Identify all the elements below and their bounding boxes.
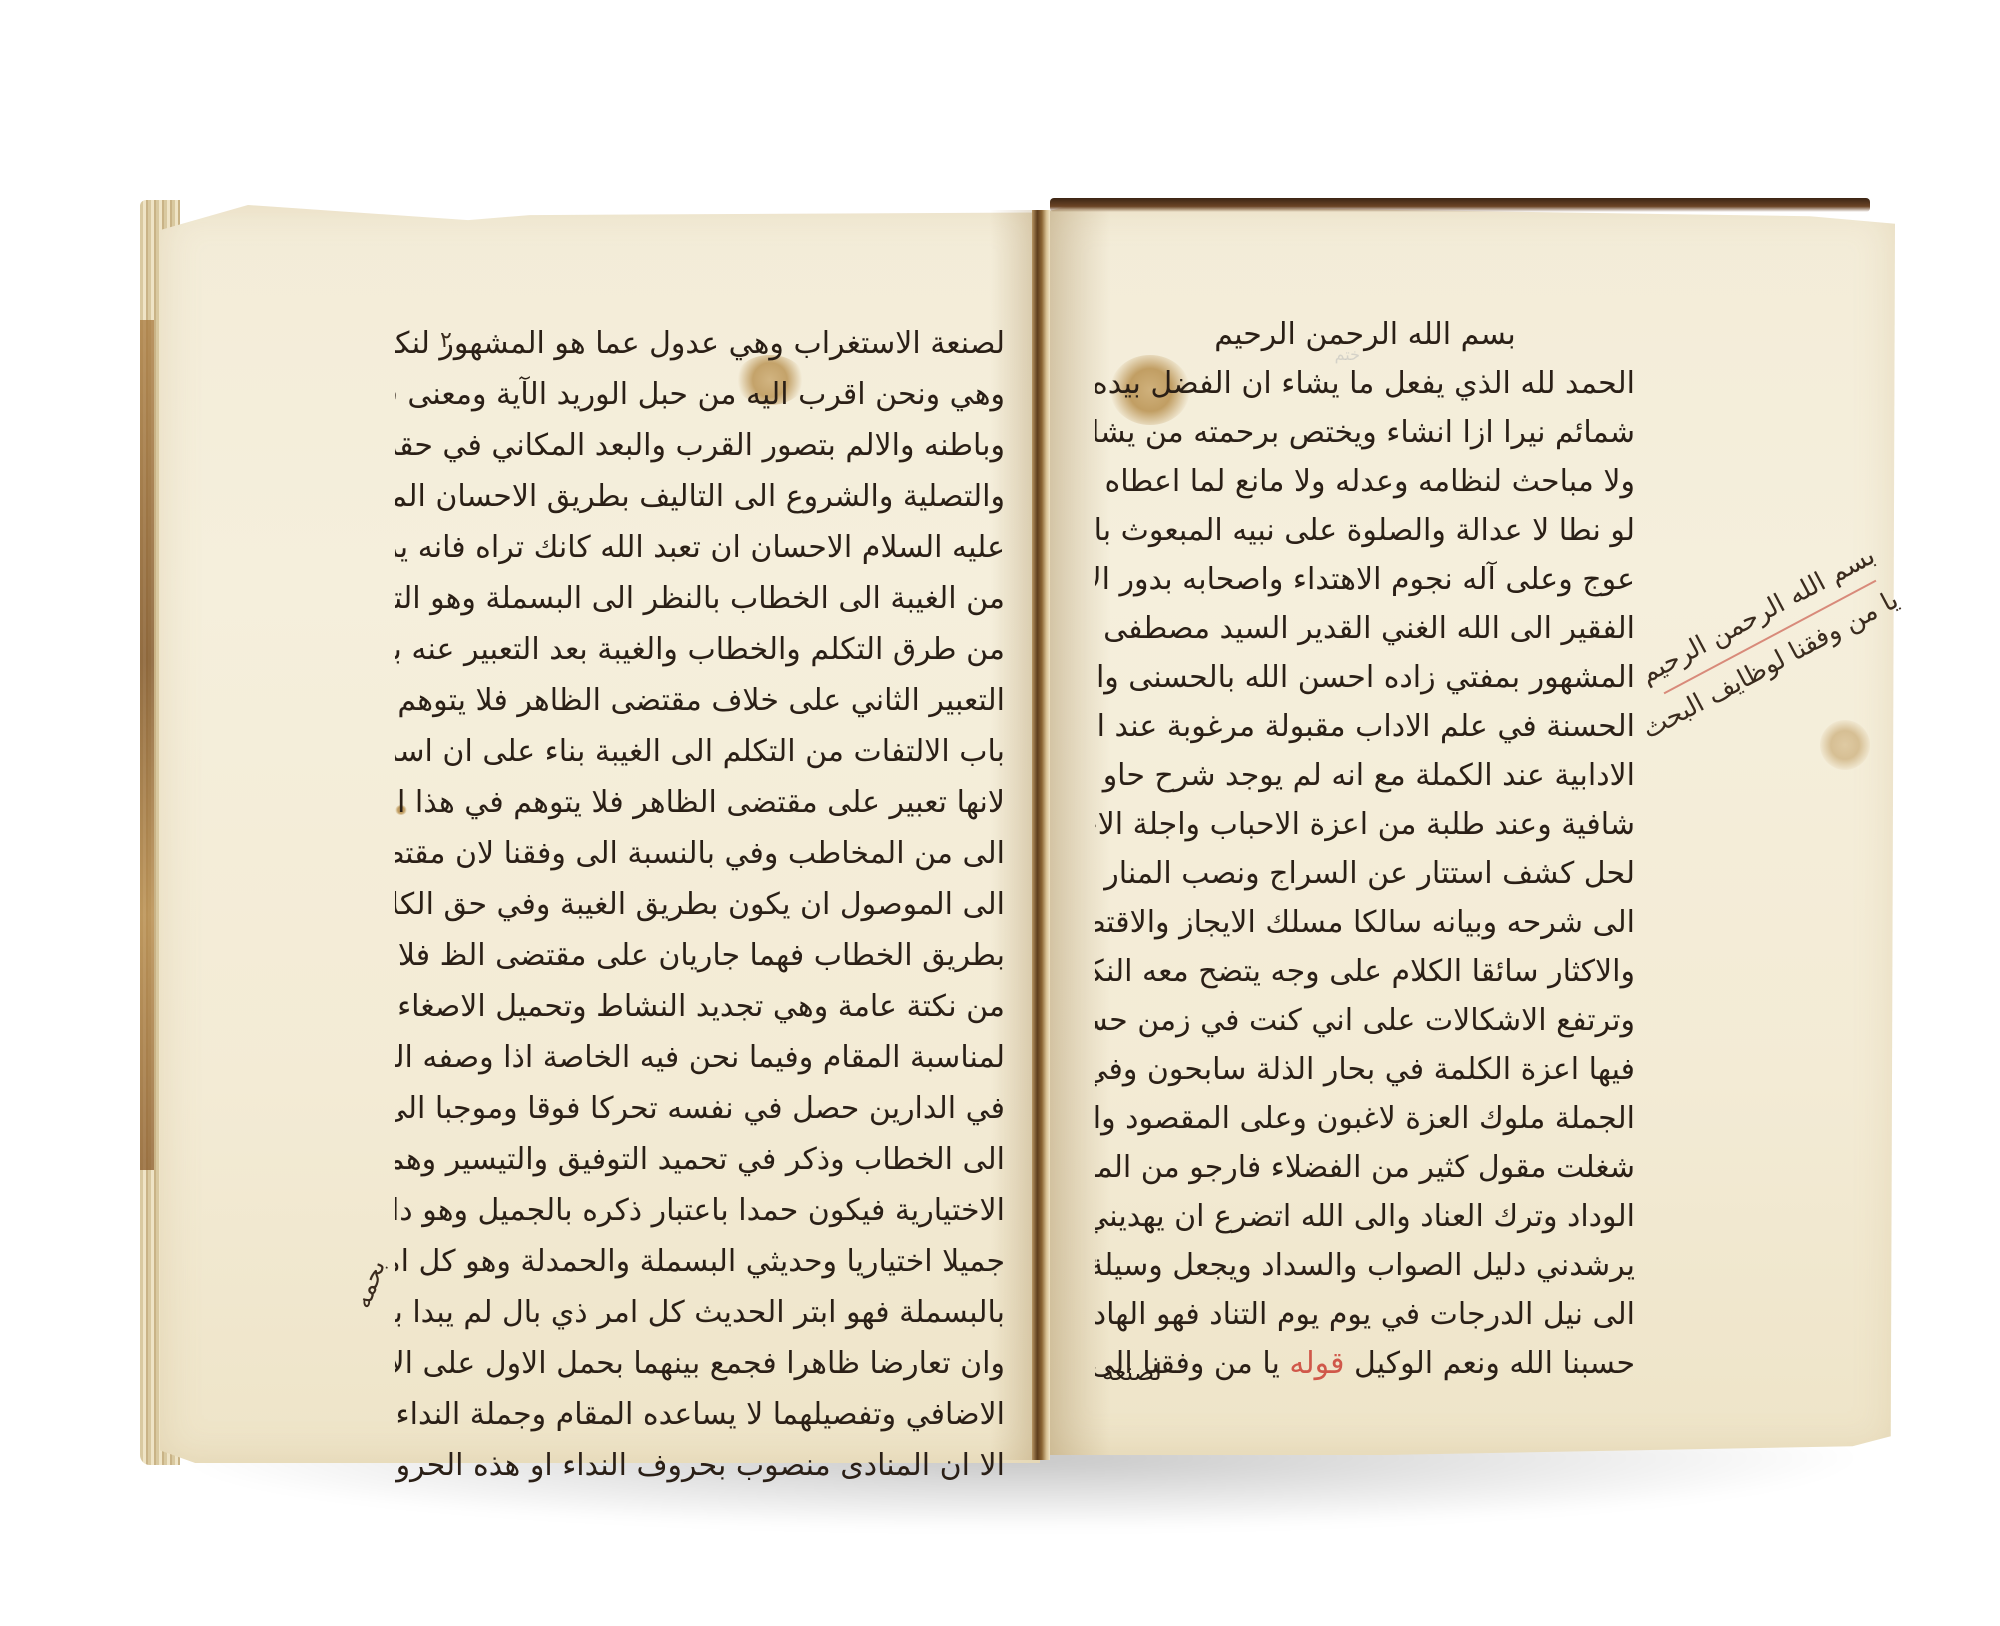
text-line: يرشدني دليل الصواب والسداد ويجعل وسيلة ف… bbox=[1095, 1241, 1635, 1290]
text-line: الى من المخاطب وفي بالنسبة الى وفقنا لان… bbox=[395, 828, 1005, 879]
text-line: شمائم نيرا ازا انشاء ويختص برحمته من يشا… bbox=[1095, 408, 1635, 457]
text-line: في الدارين حصل في نفسه تحركا فوقا وموجبا… bbox=[395, 1083, 1005, 1134]
text-line: شغلت مقول كثير من الفضلاء فارجو من المنا… bbox=[1095, 1143, 1635, 1192]
text-line: الاضافي وتفصيلهما لا يساعده المقام وجملة… bbox=[395, 1389, 1005, 1440]
text-line: التعبير الثاني على خلاف مقتضى الظاهر فلا… bbox=[395, 675, 1005, 726]
leather-cover-edge bbox=[140, 320, 154, 1170]
spine-gutter bbox=[1032, 210, 1050, 1460]
manuscript-photo: ٢ لصنعة الاستغراب وهي عدول عما هو المشهو… bbox=[0, 0, 2000, 1626]
text-line: الى الموصول ان يكون بطريق الغيبة وفي حق … bbox=[395, 879, 1005, 930]
text-line: وباطنه والالم بتصور القرب والبعد المكاني… bbox=[395, 420, 1005, 471]
text-line: الحسنة في علم الاداب مقبولة مرغوبة عند ا… bbox=[1095, 702, 1635, 751]
left-page-text: لصنعة الاستغراب وهي عدول عما هو المشهور … bbox=[395, 318, 1005, 1491]
text-line: لحل كشف استتار عن السراج ونصب المنار على… bbox=[1095, 849, 1635, 898]
text-line: فيها اعزة الكلمة في بحار الذلة سابحون وف… bbox=[1095, 1045, 1635, 1094]
text-line: حسبنا الله ونعم الوكيل قوله يا من وفقنا … bbox=[1095, 1339, 1635, 1388]
text-line: وترتفع الاشكالات على اني كنت في زمن حسنة… bbox=[1095, 996, 1635, 1045]
text-line: ولا مباحث لنظامه وعدله ولا مانع لما اعطا… bbox=[1095, 457, 1635, 506]
text-line: الاختيارية فيكون حمدا باعتبار ذكره بالجم… bbox=[395, 1185, 1005, 1236]
text-line: المشهور بمفتي زاده احسن الله بالحسنى وال… bbox=[1095, 653, 1635, 702]
stain-right-margin bbox=[1820, 720, 1870, 770]
text-line: الى الخطاب وذكر في تحميد التوفيق والتيسي… bbox=[395, 1134, 1005, 1185]
text-line: شافية وعند طلبة من اعزة الاحباب واجلة ال… bbox=[1095, 800, 1635, 849]
text-line: لصنعة الاستغراب وهي عدول عما هو المشهور … bbox=[395, 318, 1005, 369]
text-line: وهي ونحن اقرب اليه من حبل الوريد الآية و… bbox=[395, 369, 1005, 420]
text-line: الى شرحه وبيانه سالكا مسلك الايجاز والاق… bbox=[1095, 898, 1635, 947]
text-line: لو نطا لا عدالة والصلوة على نبيه المبعوث… bbox=[1095, 506, 1635, 555]
text-line: الا ان المنادى منصوب بحروف النداء او هذه… bbox=[395, 1440, 1005, 1491]
text-line: وان تعارضا ظاهرا فجمع بينهما بحمل الاول … bbox=[395, 1338, 1005, 1389]
text-line: والتصلية والشروع الى التاليف بطريق الاحس… bbox=[395, 471, 1005, 522]
right-page-top-edge-darkened bbox=[1050, 198, 1870, 212]
text-line: الادابية عند الكملة مع انه لم يوجد شرح ح… bbox=[1095, 751, 1635, 800]
text-line: الحمد لله الذي يفعل ما يشاء ان الفضل بيد… bbox=[1095, 359, 1635, 408]
text-line: لمناسبة المقام وفيما نحن فيه الخاصة اذا … bbox=[395, 1032, 1005, 1083]
right-catchword: لصنعة bbox=[1102, 1358, 1162, 1386]
basmala-heading: بسم الله الرحمن الرحيم bbox=[1095, 310, 1635, 359]
text-line: من نكتة عامة وهي تجديد النشاط وتحميل الا… bbox=[395, 981, 1005, 1032]
text-segment: عوج وعلى آله نجوم الاهتداء واصحابه بدور … bbox=[1095, 562, 1635, 597]
text-line: الجملة ملوك العزة لاغبون وعلى المقصود وا… bbox=[1095, 1094, 1635, 1143]
text-line: بالبسملة فهو ابتر الحديث كل امر ذي بال ل… bbox=[395, 1287, 1005, 1338]
text-segment: حسبنا الله ونعم الوكيل bbox=[1354, 1346, 1635, 1381]
text-line: الى نيل الدرجات في يوم يوم التناد فهو ال… bbox=[1095, 1290, 1635, 1339]
text-line: الوداد وترك العناد والى الله اتضرع ان يه… bbox=[1095, 1192, 1635, 1241]
text-line: بطريق الخطاب فهما جاريان على مقتضى الظ ف… bbox=[395, 930, 1005, 981]
text-line: الفقير الى الله الغني القدير السيد مصطفى… bbox=[1095, 604, 1635, 653]
rubric-word: قوله bbox=[1289, 1346, 1344, 1381]
text-line: لانها تعبير على مقتضى الظاهر فلا يتوهم ف… bbox=[395, 777, 1005, 828]
text-line: جميلا اختياريا وحديثي البسملة والحمدلة و… bbox=[395, 1236, 1005, 1287]
text-line: باب الالتفات من التكلم الى الغيبة بناء ع… bbox=[395, 726, 1005, 777]
text-line: من الغيبة الى الخطاب بالنظر الى البسملة … bbox=[395, 573, 1005, 624]
text-line: من طرق التكلم والخطاب والغيبة بعد التعبي… bbox=[395, 624, 1005, 675]
right-page-text: بسم الله الرحمن الرحيم الحمد لله الذي يف… bbox=[1095, 310, 1635, 1388]
text-line: عوج وعلى آله نجوم الاهتداء واصحابه بدور … bbox=[1095, 555, 1635, 604]
text-line: والاكثار سائقا الكلام على وجه يتضح معه ا… bbox=[1095, 947, 1635, 996]
text-line: عليه السلام الاحسان ان تعبد الله كانك تر… bbox=[395, 522, 1005, 573]
